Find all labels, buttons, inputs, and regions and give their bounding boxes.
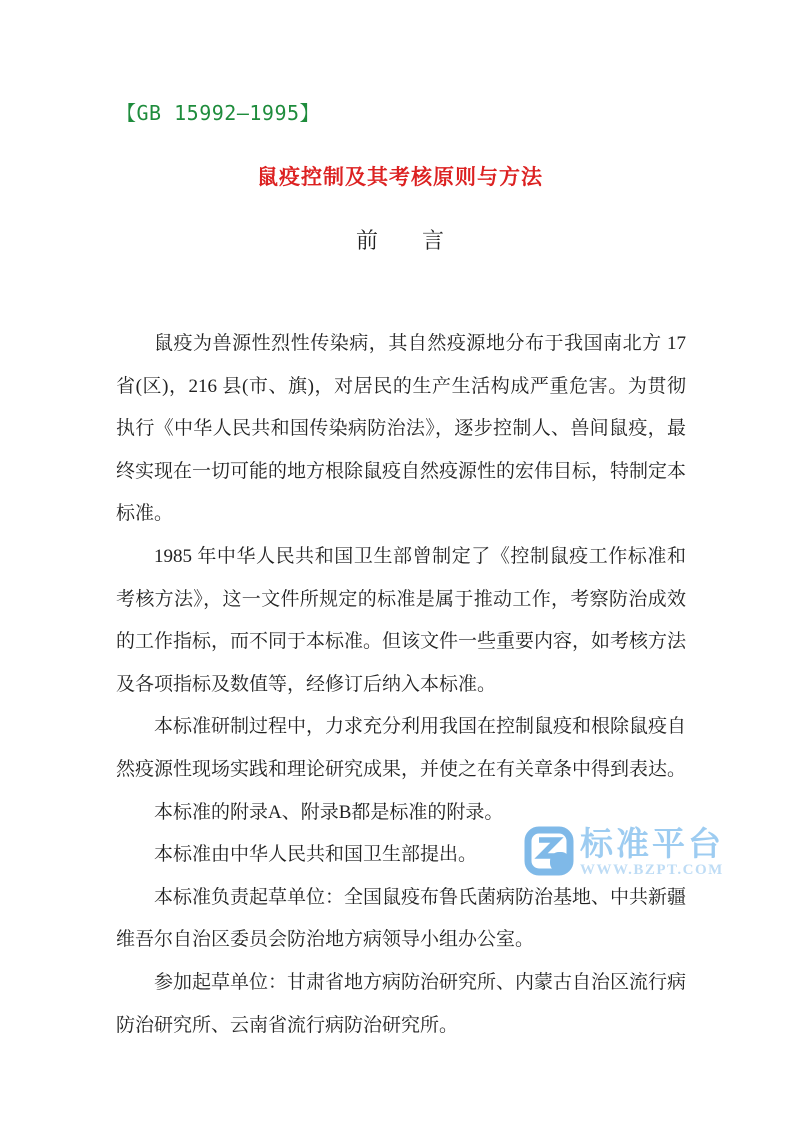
standard-code: 【GB 15992—1995】 (116, 101, 320, 125)
paragraph: 本标准研制过程中，力求充分利用我国在控制鼠疫和根除鼠疫自然疫源性现场实践和理论研… (116, 706, 686, 791)
paragraph: 鼠疫为兽源性烈性传染病，其自然疫源地分布于我国南北方 17 省(区)，216 县… (116, 323, 686, 536)
paragraph: 本标准的附录A、附录B都是标准的附录。 (116, 792, 686, 835)
foreword-char-right: 言 (422, 228, 444, 254)
foreword-heading: 前 言 (0, 228, 800, 254)
paragraph: 1985 年中华人民共和国卫生部曾制定了《控制鼠疫工作标准和考核方法》，这一文件… (116, 536, 686, 706)
document-page: 标准平台 WWW.BZPT.COM 【GB 15992—1995】 鼠疫控制及其… (0, 0, 800, 1131)
document-title: 鼠疫控制及其考核原则与方法 (0, 164, 800, 190)
paragraph: 本标准由中华人民共和国卫生部提出。 (116, 834, 686, 877)
foreword-body: 鼠疫为兽源性烈性传染病，其自然疫源地分布于我国南北方 17 省(区)，216 县… (116, 323, 686, 1047)
foreword-char-left: 前 (356, 228, 378, 254)
paragraph: 参加起草单位：甘肃省地方病防治研究所、内蒙古自治区流行病防治研究所、云南省流行病… (116, 962, 686, 1047)
paragraph: 本标准负责起草单位：全国鼠疫布鲁氏菌病防治基地、中共新疆维吾尔自治区委员会防治地… (116, 877, 686, 962)
